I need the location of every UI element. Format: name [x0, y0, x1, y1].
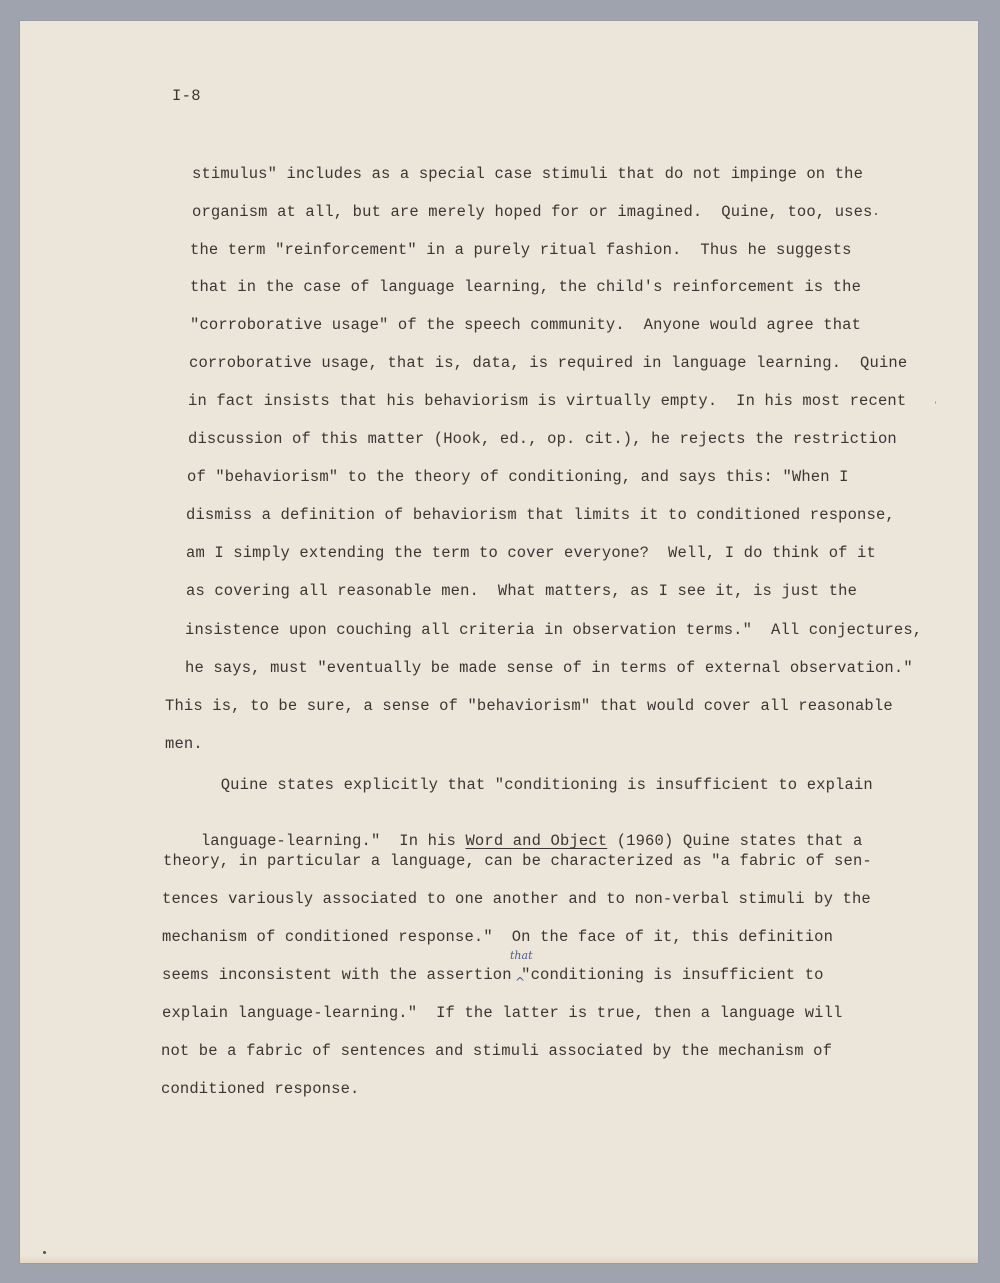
text-line: theory, in particular a language, can be…: [163, 852, 872, 870]
text-line: insistence upon couching all criteria in…: [185, 621, 922, 639]
handwritten-annotation: that: [510, 949, 532, 962]
paper-speck: [875, 213, 877, 215]
text-line: "corroborative usage" of the speech comm…: [190, 316, 861, 334]
text-line: as covering all reasonable men. What mat…: [186, 582, 857, 600]
text-line: not be a fabric of sentences and stimuli…: [161, 1042, 832, 1060]
text-line: seems inconsistent with the assertion "c…: [162, 966, 824, 984]
text-line: Quine states explicitly that "conditioni…: [164, 776, 873, 794]
text-line: explain language-learning." If the latte…: [162, 1004, 843, 1022]
text-line: in fact insists that his behaviorism is …: [188, 392, 906, 410]
text-line: discussion of this matter (Hook, ed., op…: [188, 430, 897, 448]
text-line: tences variously associated to one anoth…: [162, 890, 871, 908]
text-segment: (1960) Quine states that a: [607, 832, 862, 850]
text-line: of "behaviorism" to the theory of condit…: [187, 468, 849, 486]
text-line: men.: [165, 735, 203, 753]
book-title: Word and Object: [465, 832, 607, 850]
text-segment: language-learning." In his: [201, 832, 466, 850]
text-line: conditioned response.: [161, 1080, 359, 1098]
text-line: he says, must "eventually be made sense …: [185, 659, 913, 677]
text-line: mechanism of conditioned response." On t…: [162, 928, 833, 946]
text-line: stimulus" includes as a special case sti…: [192, 165, 863, 183]
text-line: This is, to be sure, a sense of "behavio…: [165, 697, 893, 715]
page-number: I-8: [172, 87, 201, 105]
text-line: dismiss a definition of behaviorism that…: [186, 506, 895, 524]
text-line: that in the case of language learning, t…: [190, 278, 861, 296]
document-page: I-8 stimulus" includes as a special case…: [20, 21, 978, 1263]
text-line: the term "reinforcement" in a purely rit…: [190, 241, 852, 259]
text-line: corroborative usage, that is, data, is r…: [189, 354, 907, 372]
paper-speck: [43, 1251, 46, 1254]
paper-speck: [935, 401, 936, 404]
insertion-caret-icon: ^: [515, 975, 525, 989]
text-line: organism at all, but are merely hoped fo…: [192, 203, 873, 221]
text-line: am I simply extending the term to cover …: [186, 544, 876, 562]
